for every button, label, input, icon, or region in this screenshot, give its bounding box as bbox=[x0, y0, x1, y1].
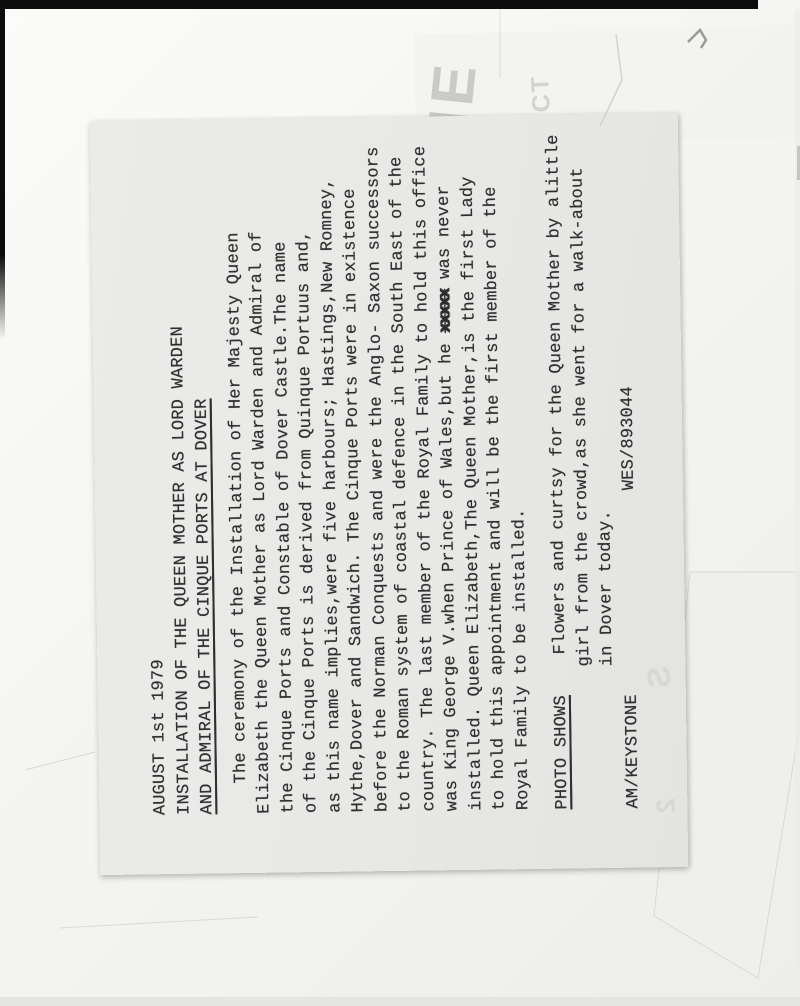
showthrough-mark: 2 bbox=[650, 797, 682, 814]
frame-edge-top bbox=[0, 0, 758, 9]
photo-shows-label: PHOTO SHOWS bbox=[552, 695, 573, 810]
frame-edge-left bbox=[0, 0, 5, 340]
typed-caption-block: AUGUST 1st 1979 INSTALLATION OF THE QUEE… bbox=[140, 136, 651, 815]
agency-credit: AM/KEYSTONE bbox=[622, 694, 643, 809]
underlined-headline-text: AND ADMIRAL OF THE CINQUE PORTS AT DOVER bbox=[193, 398, 218, 814]
struck-line-prefix: was King George V.when Prince of Wales,b… bbox=[437, 333, 463, 812]
overtyped-deleted-word: xxxxx bbox=[436, 289, 456, 333]
scanned-press-caption-photo: NE UCT AUGUST 1st 1979 INSTALLATION OF T… bbox=[0, 0, 800, 1006]
frame-edge-right bbox=[795, 9, 800, 1006]
caption-paper: AUGUST 1st 1979 INSTALLATION OF THE QUEE… bbox=[90, 113, 688, 875]
frame-edge-bottom bbox=[0, 997, 800, 1006]
reference-number: WES/893044 bbox=[618, 386, 641, 694]
struck-line-suffix: was never bbox=[435, 185, 455, 289]
showthrough-mark: S bbox=[640, 665, 679, 689]
